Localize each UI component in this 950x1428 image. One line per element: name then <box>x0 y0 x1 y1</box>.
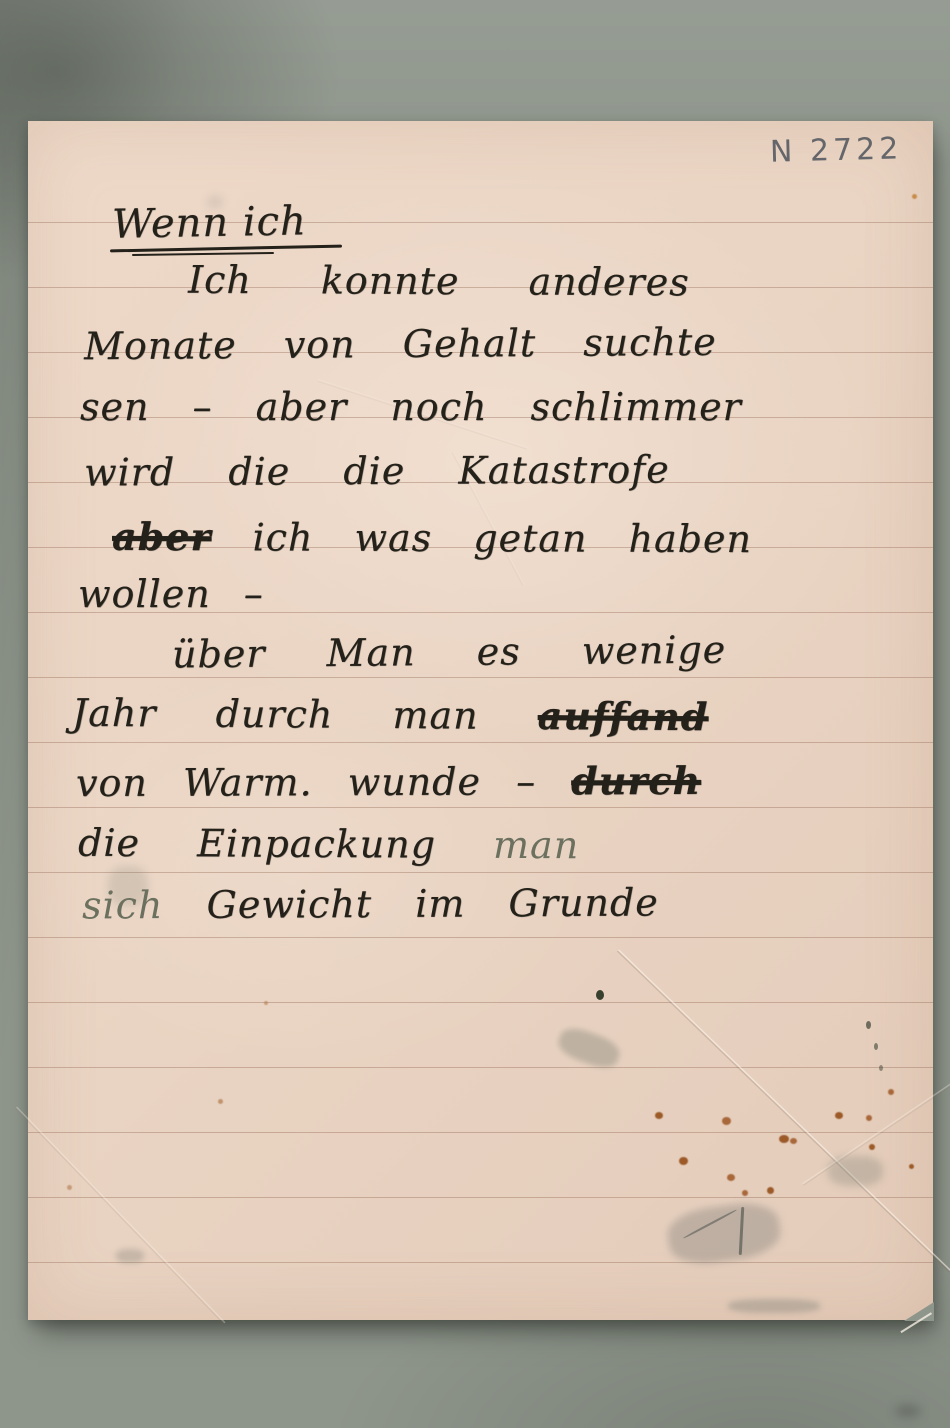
foxing-stain <box>835 1112 843 1119</box>
foxing-stain <box>779 1135 789 1143</box>
foxing-stain <box>655 1112 663 1119</box>
pencil-stroke <box>683 1209 737 1239</box>
handwriting-line: wollen – <box>78 574 264 616</box>
board-blemish <box>208 197 222 207</box>
foxing-stain <box>742 1190 748 1196</box>
foxing-stain <box>767 1187 774 1194</box>
foxing-stain <box>909 1164 914 1169</box>
ink-speck <box>596 990 604 1000</box>
handwriting-line: über Man es wenige <box>172 630 727 677</box>
ink-speck <box>879 1065 883 1071</box>
smudge-mark <box>828 1156 883 1186</box>
handwriting-line: Ich konnte anderes <box>188 260 690 304</box>
pencil-stroke <box>739 1207 745 1255</box>
handwriting-heading: Wenn ich <box>112 199 307 246</box>
handwriting-line: sich Gewicht im Grunde <box>82 882 659 927</box>
heading-underline <box>132 252 274 256</box>
archival-number: N 2722 <box>770 131 903 169</box>
struck-word: aber <box>112 514 212 559</box>
struck-word: durch <box>571 758 701 803</box>
handwriting-line: sen – aber noch schlimmer <box>80 387 742 429</box>
smudge-mark <box>728 1299 820 1313</box>
foxing-stain <box>218 1099 223 1104</box>
handwriting-line: Monate von Gehalt suchte <box>84 322 717 368</box>
ink-speck <box>866 1021 871 1029</box>
foxing-stain <box>790 1138 797 1144</box>
foxing-stain <box>869 1144 875 1150</box>
crease-mark <box>617 949 950 1272</box>
faded-word: man <box>493 823 579 867</box>
handwriting-line: aber ich was getan haben <box>112 516 752 561</box>
handwriting-line: von Warm. wunde – durch <box>76 760 701 805</box>
struck-word: auffand <box>538 693 709 739</box>
foxing-stain <box>722 1117 731 1125</box>
foxing-stain <box>67 1185 72 1190</box>
backing-board: N 2722 Wenn ich Ich konnte anderes Monat… <box>0 0 950 1428</box>
handwriting-line: Jahr durch man auffand <box>72 692 709 739</box>
manuscript-paper: N 2722 Wenn ich Ich konnte anderes Monat… <box>28 121 933 1320</box>
handwriting-line: die Einpackung man <box>78 823 579 867</box>
smudge-mark <box>555 1023 624 1072</box>
faded-word: sich <box>82 883 164 927</box>
crease-mark <box>802 1074 950 1186</box>
foxing-stain <box>727 1174 735 1181</box>
ink-speck <box>874 1043 878 1050</box>
smudge-mark <box>116 1249 144 1263</box>
pencil-smudge <box>665 1198 784 1268</box>
crease-mark <box>15 1106 226 1324</box>
foxing-stain <box>264 1001 268 1005</box>
foxing-stain <box>866 1115 872 1121</box>
board-blemish <box>895 1405 921 1417</box>
handwriting-line: wird die die Katastrofe <box>84 449 670 494</box>
foxing-stain <box>888 1089 894 1095</box>
foxing-stain <box>912 194 917 199</box>
foxing-stain <box>679 1157 688 1165</box>
